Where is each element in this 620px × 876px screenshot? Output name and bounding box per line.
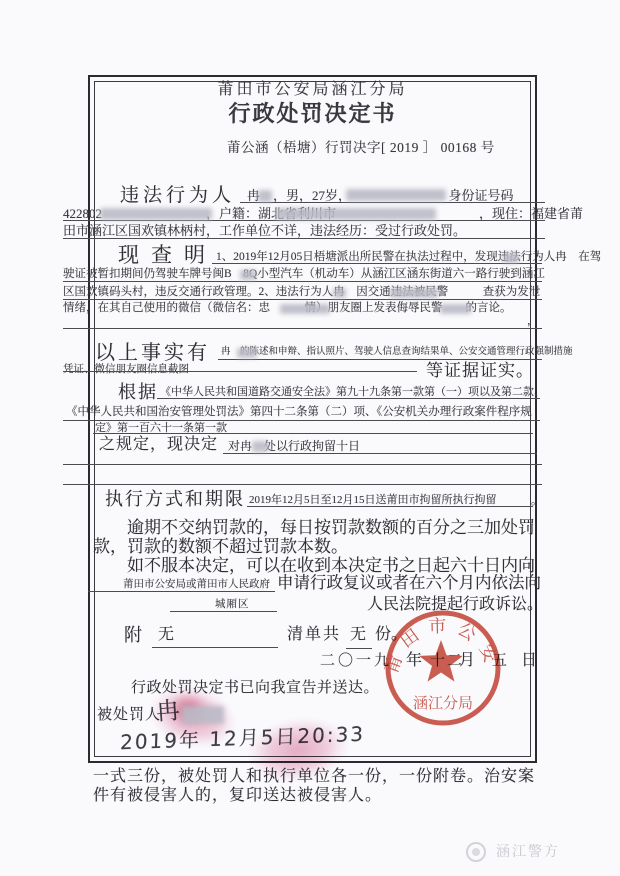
redaction-patch [100, 208, 212, 220]
form-rule [93, 433, 533, 434]
redaction-patch [276, 208, 436, 220]
decision-content: 对冉 处以行政拘留十日 [228, 440, 360, 454]
form-rule [212, 263, 542, 264]
form-rule [63, 328, 542, 329]
seal-star-icon [419, 640, 463, 682]
field-label-violator: 违法行为人 [120, 185, 235, 207]
form-rule [152, 647, 278, 648]
facts-line-3: 区国欢镇码头村，违反交通行政管理。2、违法行为人冉 因交通违法被民警 查获为发泄 [63, 286, 540, 299]
form-rule [223, 453, 537, 454]
basis-line-1: 《中华人民共和国道路交通安全法》第九十九条第一款第（一）项以及第二款、 [160, 386, 545, 399]
redaction-patch [237, 348, 257, 358]
document-title: 行政处罚决定书 [88, 101, 537, 126]
official-seal: 莆田市公安局 涵江分局 [383, 608, 503, 728]
notice-fine-line-1: 逾期不交纳罚款的，每日按罚款数额的百分之三加处罚 [127, 518, 535, 538]
footer-note-line-1: 一式三份，被处罚人和执行单位各一份，一份附卷。治安案 [93, 768, 535, 786]
field-label-decision: 之规定，现决定 [99, 436, 218, 454]
agency-name: 莆田市公安局涵江分局 [88, 81, 537, 99]
list-label: 清单共 [287, 626, 341, 644]
attachment-value: 无 [158, 626, 174, 644]
evidence-line-1: 冉 的陈述和申辩、指认照片、驾驶人信息查询结果单、公安交通管理行政强制措施 [221, 347, 573, 358]
facts-line-2: 驶证被暂扣期间仍驾驶车牌号闽B 8Q小型汽车（机动车）从涵江区涵东街道六一路行驶… [63, 268, 545, 281]
notice-appeal-line-2: 申请行政复议或者在六个月内依法向 [277, 574, 541, 593]
appeal-court-filled: 城厢区 [215, 599, 250, 611]
violator-line-3: 田市涵江区国欢镇林柄村，工作单位不详，违法经历：受过行政处罚。 [63, 224, 466, 239]
redaction-patch [252, 441, 268, 452]
form-rule [63, 484, 542, 485]
seal-bottom-text: 涵江分局 [413, 695, 473, 712]
redaction-patch [182, 706, 224, 724]
redaction-patch [280, 304, 330, 314]
execution-content: 2019年12月5日至12月15日送莆田市拘留所执行拘留 [249, 494, 497, 507]
field-label-evidence: 以上事实有 [95, 342, 210, 365]
form-rule [157, 398, 540, 399]
form-rule [63, 281, 542, 282]
field-label-execution: 执行方式和期限 [105, 489, 245, 510]
hanjiang-police-logo-icon [466, 842, 486, 862]
redaction-patch [390, 288, 438, 298]
date-day-char: 日 [521, 652, 537, 670]
watermark-text: 涵江警方 [496, 843, 560, 859]
redaction-patch [258, 190, 272, 202]
redaction-patch [503, 253, 519, 263]
form-rule [63, 220, 545, 221]
document-number: 莆公涵（梧塘）行罚决字[ 2019 ］ 00168 号 [227, 140, 495, 156]
redaction-patch [240, 270, 256, 280]
date-year-filled: 二〇一九 [320, 653, 392, 670]
form-rule [63, 464, 542, 465]
field-label-basis: 根据 [118, 382, 158, 403]
evidence-suffix: 等证据证实。 [426, 361, 534, 381]
form-rule [218, 359, 542, 360]
list-count: 无 [350, 626, 366, 644]
form-rule [240, 202, 545, 203]
field-label-facts: 现查明 [118, 243, 217, 267]
form-rule [63, 238, 545, 239]
form-rule [63, 420, 540, 421]
redaction-patch [346, 189, 446, 201]
scanned-penalty-decision-document: 莆田市公安局涵江分局 行政处罚决定书 莆公涵（梧塘）行罚决字[ 2019 ］ 0… [0, 0, 620, 876]
form-rule [170, 611, 277, 612]
footer-note-line-2: 件有被侵害人的，复印送达被侵害人。 [93, 787, 382, 805]
facts-line5-mark: ， [527, 315, 538, 328]
appeal-org-filled: 莆田市公安局或莆田市人民政府 [123, 579, 270, 591]
form-rule [247, 506, 533, 507]
redaction-patch [333, 288, 346, 298]
redaction-patch [440, 304, 471, 314]
execution-period: 。 [531, 495, 542, 508]
basis-line-2: 《中华人民共和国治安管理处罚法》第四十二条第（二）项、《公安机关办理行政案件程序… [66, 406, 532, 419]
attachment-label: 附 [124, 625, 142, 646]
form-rule [63, 299, 542, 300]
form-rule [63, 371, 417, 372]
notice-fine-line-2: 款，罚款的数额不超过罚款本数。 [93, 537, 348, 557]
form-rule [346, 648, 372, 649]
form-rule [88, 591, 275, 592]
